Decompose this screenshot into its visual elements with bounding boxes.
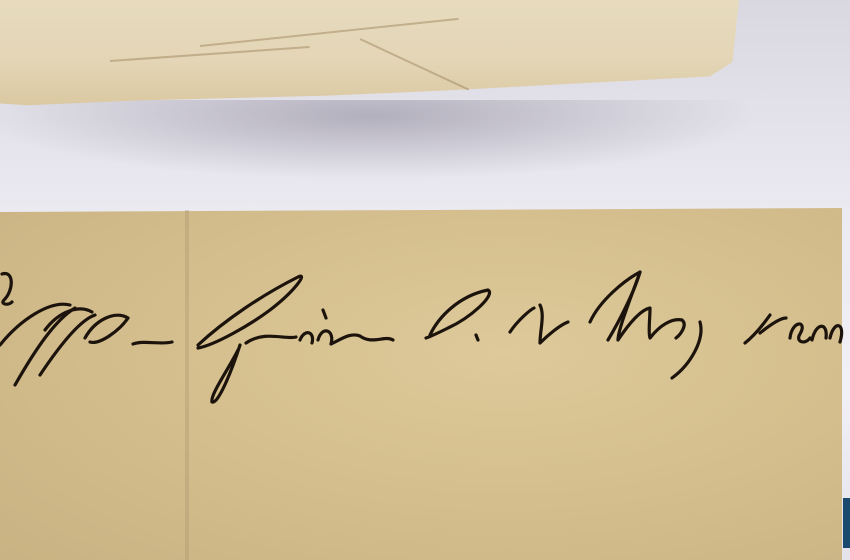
fragment-shadow [0, 100, 760, 180]
photo-scene [0, 0, 850, 560]
corner-mark [843, 498, 850, 548]
top-paper-fragment [0, 0, 740, 110]
handwritten-inscription [0, 262, 850, 412]
